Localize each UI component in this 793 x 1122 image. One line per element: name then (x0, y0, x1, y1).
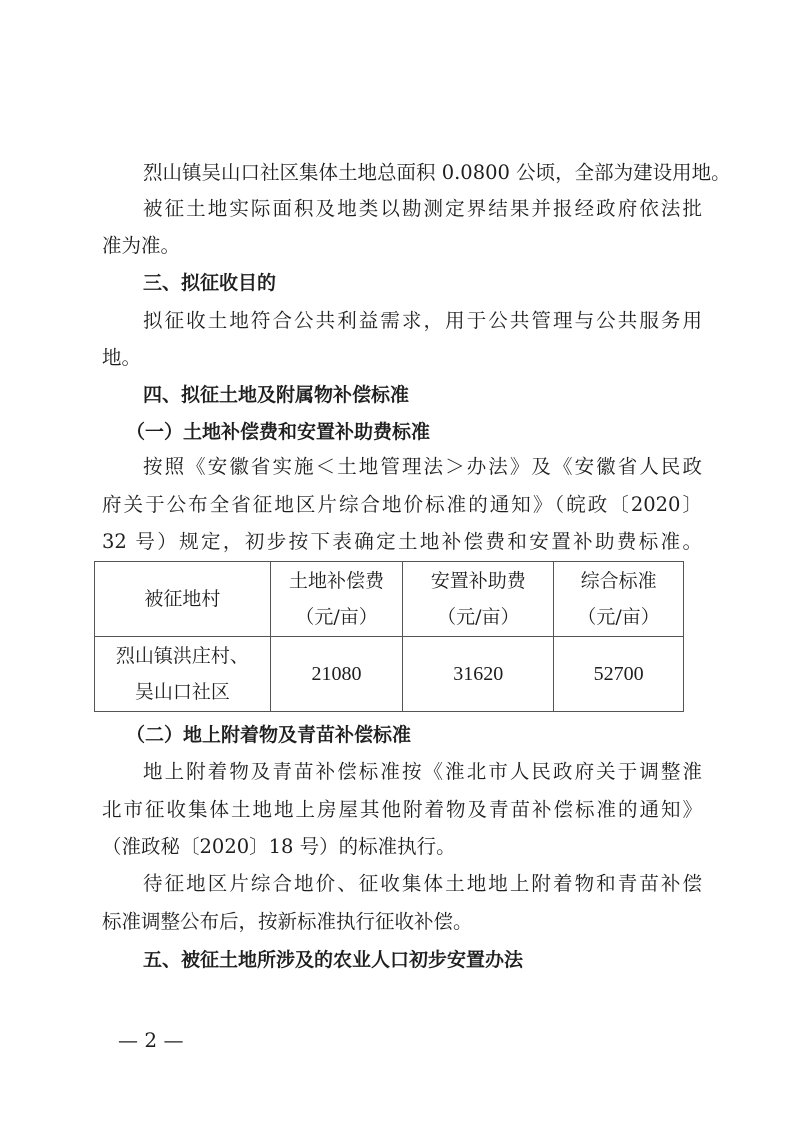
heading-section-4: 四、拟征土地及附属物补偿标准 (102, 382, 702, 408)
header-village: 被征地村 (95, 562, 271, 637)
paragraph-basis-line2: 府关于公布全省征地区片综合地价标准的通知》（皖政〔2020〕 (102, 492, 702, 518)
paragraph-adjustment-line2: 标准调整公布后，按新标准执行征收补偿。 (102, 909, 702, 935)
subheading-land-compensation: （一）土地补偿费和安置补助费标准 (126, 419, 726, 445)
header-resettlement-subsidy: 安置补助费 （元/亩） (403, 562, 554, 637)
paragraph-adjustment-line1: 待征地区片综合地价、征收集体土地地上附着物和青苗补偿 (102, 871, 702, 897)
heading-section-5: 五、被征土地所涉及的农业人口初步安置办法 (102, 947, 702, 973)
heading-section-3: 三、拟征收目的 (102, 270, 702, 296)
table-header-row: 被征地村 土地补偿费 （元/亩） 安置补助费 （元/亩） 综合标准 （元/亩） (95, 562, 684, 637)
paragraph-purpose-line2: 地。 (102, 345, 702, 371)
paragraph-attachments-line2: 北市征收集体土地地上房屋其他附着物及青苗补偿标准的通知》 (102, 797, 702, 823)
cell-resettlement-subsidy: 31620 (403, 637, 554, 712)
paragraph-total-area: 烈山镇吴山口社区集体土地总面积 0.0800 公顷，全部为建设用地。 (102, 160, 702, 186)
cell-land-compensation: 21080 (270, 637, 403, 712)
table-row: 烈山镇洪庄村、 吴山口社区 21080 31620 52700 (95, 637, 684, 712)
compensation-table: 被征地村 土地补偿费 （元/亩） 安置补助费 （元/亩） 综合标准 （元/亩） … (94, 561, 684, 712)
paragraph-attachments-line3: （淮政秘〔2020〕18 号）的标准执行。 (102, 834, 702, 860)
paragraph-attachments-line1: 地上附着物及青苗补偿标准按《淮北市人民政府关于调整淮 (102, 759, 702, 785)
subheading-attachments-compensation: （二）地上附着物及青苗补偿标准 (126, 722, 726, 748)
paragraph-basis-line1: 按照《安徽省实施＜土地管理法＞办法》及《安徽省人民政 (102, 454, 702, 480)
page-number: — 2 — (118, 1028, 183, 1052)
paragraph-actual-area-line2: 准为准。 (102, 233, 702, 259)
paragraph-purpose-line1: 拟征收土地符合公共利益需求，用于公共管理与公共服务用 (102, 308, 702, 334)
header-combined-standard: 综合标准 （元/亩） (554, 562, 684, 637)
paragraph-basis-line3: 32 号）规定，初步按下表确定土地补偿费和安置补助费标准。 (102, 529, 702, 555)
paragraph-actual-area-line1: 被征土地实际面积及地类以勘测定界结果并报经政府依法批 (102, 196, 702, 222)
cell-village: 烈山镇洪庄村、 吴山口社区 (95, 637, 271, 712)
cell-combined-standard: 52700 (554, 637, 684, 712)
header-land-compensation: 土地补偿费 （元/亩） (270, 562, 403, 637)
